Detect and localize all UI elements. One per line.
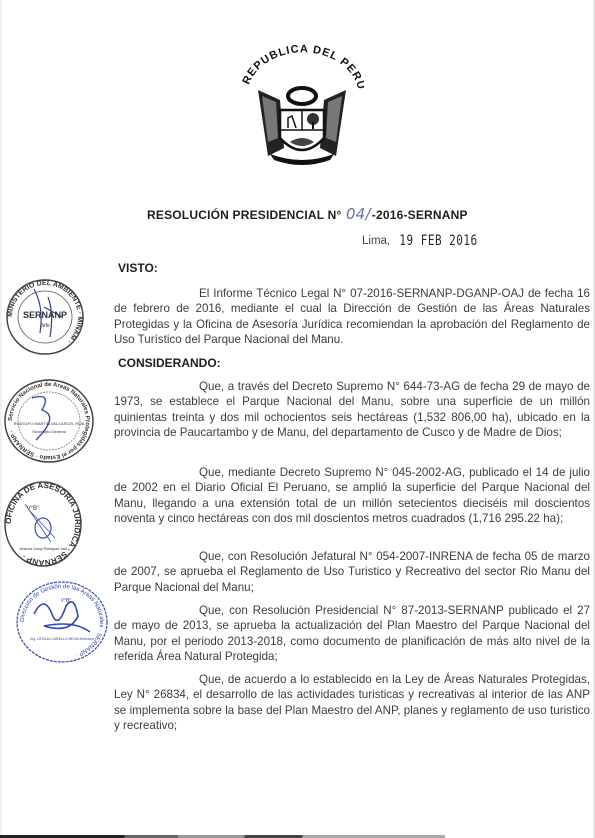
peru-coat-of-arms-icon: REPUBLICA DEL PERU [240,38,364,166]
paragraph-considerando-3: Que, con Resolución Jefatural N° 054-200… [114,549,590,595]
svg-text:SERNANP: SERNANP [23,310,67,320]
seal-secretaria-general: Servicio Nacional de Areas Naturales Pro… [2,378,96,464]
heading-considerando: CONSIDERANDO: [118,356,221,370]
svg-text:V°B°: V°B° [61,598,72,604]
paragraph-considerando-1: Que, a través del Decreto Supremo N° 644… [114,379,590,440]
paragraph-visto: El Informe Técnico Legal N° 07-2016-SERN… [114,286,590,347]
seal-direccion-gestion: Dirección de Gestión de las Áreas Natura… [14,580,110,664]
date-place: Lima, [362,235,390,247]
paragraph-considerando-2: Que, mediante Decreto Supremo N° 045-200… [114,465,590,526]
heading-visto: VISTO: [118,261,158,275]
svg-text:Ing. CECILIA CABELLO MEJIA Dir: Ing. CECILIA CABELLO MEJIA Directora [30,637,94,641]
date-line: Lima, 19 FEB 2016 [362,234,478,247]
crest-caption: REPUBLICA DEL PERU [240,43,364,91]
resolution-title: RESOLUCIÓN PRESIDENCIAL N° 04/-2016-SERN… [147,205,468,223]
svg-text:Jefe: Jefe [40,323,50,329]
svg-text:REPUBLICA DEL PERU: REPUBLICA DEL PERU [240,43,364,91]
seal-asesoria-juridica: OFICINA DE ASESORIA JURIDICA · SERNANP ·… [3,480,83,568]
svg-text:Dirección de Gestión de las Ár: Dirección de Gestión de las Áreas Natura… [20,584,104,658]
paragraph-considerando-5: Que, de acuerdo a lo establecido en la L… [114,672,590,733]
svg-text:Johanna Garay Rodriguez Jefa: Johanna Garay Rodriguez Jefa [19,547,67,551]
resolution-suffix: -2016-SERNANP [372,208,468,222]
resolution-prefix: RESOLUCIÓN PRESIDENCIAL N° [147,208,341,222]
paragraph-considerando-4: Que, con Resolución Presidencial N° 87-2… [114,603,590,664]
svg-text:Secretario General: Secretario General [32,429,66,434]
resolution-number-handwritten: 04/ [346,205,371,223]
seal-minam: MINISTERIO DEL AMBIENTE · MINAM · SERNAN… [4,277,86,357]
date-stamp: 19 FEB 2016 [399,232,477,248]
